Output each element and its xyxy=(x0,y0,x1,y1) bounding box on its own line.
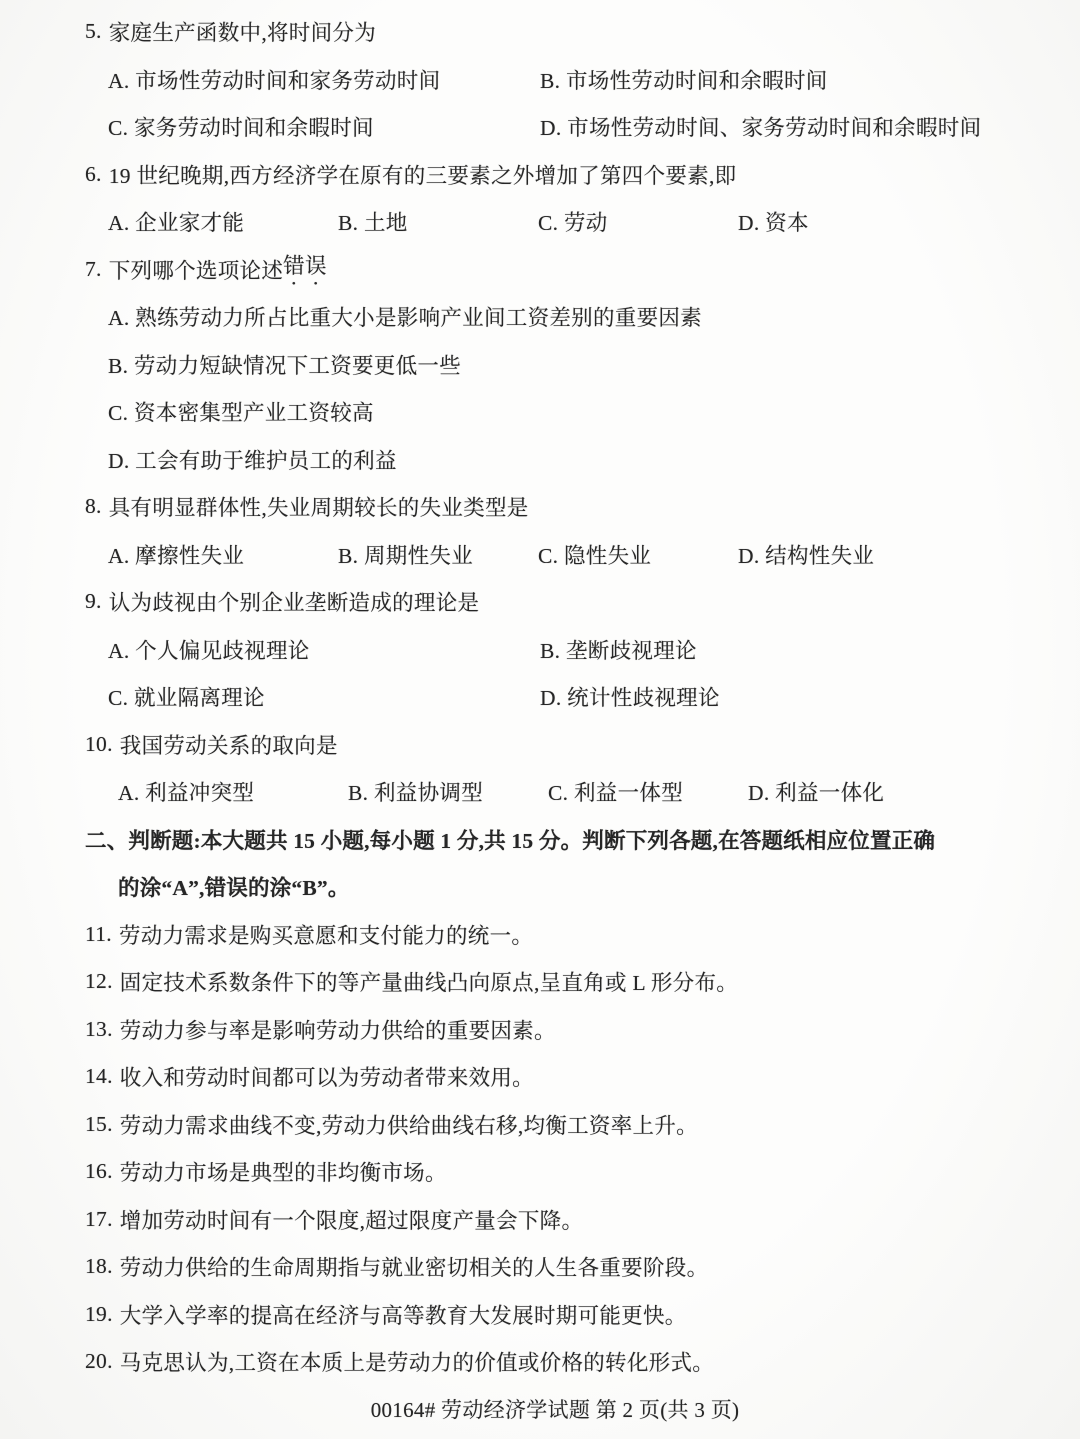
question-9: 9. 认为歧视由个别企业垄断造成的理论是 xyxy=(85,578,1025,626)
option-c: C. 家务劳动时间和余暇时间 xyxy=(108,111,540,142)
judgment-item-17: 17. 增加劳动时间有一个限度,超过限度产量会下降。 xyxy=(85,1196,1025,1244)
item-number: 17. xyxy=(85,1207,113,1232)
item-text: 固定技术系数条件下的等产量曲线凸向原点,呈直角或 L 形分布。 xyxy=(120,966,738,997)
judgment-section-header-line-2: 的涂“A”,错误的涂“B”。 xyxy=(85,863,1025,911)
option-b: B. 市场性劳动时间和余暇时间 xyxy=(540,64,828,95)
item-number: 13. xyxy=(85,1017,113,1042)
option-d: D. 利益一体化 xyxy=(748,776,884,807)
question-7: 7. 下列哪个选项论述 错误 xyxy=(85,246,1025,294)
item-number: 14. xyxy=(85,1064,113,1089)
judgment-item-12: 12. 固定技术系数条件下的等产量曲线凸向原点,呈直角或 L 形分布。 xyxy=(85,958,1025,1006)
option-c: C. 隐性失业 xyxy=(538,539,738,570)
option-b: B. 土地 xyxy=(338,206,538,237)
judgment-item-13: 13. 劳动力参与率是影响劳动力供给的重要因素。 xyxy=(85,1006,1025,1054)
question-6: 6. 19 世纪晚期,西方经济学在原有的三要素之外增加了第四个要素,即 xyxy=(85,151,1025,199)
option-a: A. 利益冲突型 xyxy=(118,776,348,807)
question-7-number: 7. xyxy=(85,257,102,282)
question-8-number: 8. xyxy=(85,494,102,519)
judgment-item-20: 20. 马克思认为,工资在本质上是劳动力的价值或价格的转化形式。 xyxy=(85,1338,1025,1386)
option-c: C. 就业隔离理论 xyxy=(108,681,540,712)
question-9-stem: 认为歧视由个别企业垄断造成的理论是 xyxy=(109,586,480,617)
item-text: 劳动力需求是购买意愿和支付能力的统一。 xyxy=(119,919,533,950)
section-header-text: 二、判断题:本大题共 15 小题,每小题 1 分,共 15 分。判断下列各题,在… xyxy=(85,824,935,855)
item-number: 20. xyxy=(85,1349,113,1374)
option-a: A. 企业家才能 xyxy=(108,206,338,237)
question-10-options-row: A. 利益冲突型 B. 利益协调型 C. 利益一体型 D. 利益一体化 xyxy=(85,768,1025,816)
question-9-options-row-1: A. 个人偏见歧视理论 B. 垄断歧视理论 xyxy=(85,626,1025,674)
question-10-stem: 我国劳动关系的取向是 xyxy=(120,729,338,760)
item-number: 12. xyxy=(85,969,113,994)
question-10-number: 10. xyxy=(85,732,113,757)
item-number: 15. xyxy=(85,1112,113,1137)
question-6-stem: 19 世纪晚期,西方经济学在原有的三要素之外增加了第四个要素,即 xyxy=(109,159,737,190)
item-text: 劳动力参与率是影响劳动力供给的重要因素。 xyxy=(120,1014,556,1045)
exam-page: 5. 家庭生产函数中,将时间分为 A. 市场性劳动时间和家务劳动时间 B. 市场… xyxy=(0,0,1080,1439)
option-a: A. 个人偏见歧视理论 xyxy=(108,634,540,665)
option-d: D. 资本 xyxy=(738,206,809,237)
question-7-option-c-row: C. 资本密集型产业工资较高 xyxy=(85,388,1025,436)
question-5-options-row-1: A. 市场性劳动时间和家务劳动时间 B. 市场性劳动时间和余暇时间 xyxy=(85,56,1025,104)
option-c: C. 资本密集型产业工资较高 xyxy=(108,396,374,427)
question-8-stem: 具有明显群体性,失业周期较长的失业类型是 xyxy=(109,491,529,522)
item-text: 收入和劳动时间都可以为劳动者带来效用。 xyxy=(120,1061,534,1092)
item-text: 劳动力需求曲线不变,劳动力供给曲线右移,均衡工资率上升。 xyxy=(120,1109,698,1140)
option-d: D. 结构性失业 xyxy=(738,539,874,570)
page-footer: 00164# 劳动经济学试题 第 2 页(共 3 页) xyxy=(85,1386,1025,1434)
question-5-options-row-2: C. 家务劳动时间和余暇时间 D. 市场性劳动时间、家务劳动时间和余暇时间 xyxy=(85,103,1025,151)
option-a: A. 摩擦性失业 xyxy=(108,539,338,570)
judgment-item-11: 11. 劳动力需求是购买意愿和支付能力的统一。 xyxy=(85,911,1025,959)
item-number: 18. xyxy=(85,1254,113,1279)
judgment-item-18: 18. 劳动力供给的生命周期指与就业密切相关的人生各重要阶段。 xyxy=(85,1243,1025,1291)
item-text: 大学入学率的提高在经济与高等教育大发展时期可能更快。 xyxy=(120,1299,687,1330)
option-b: B. 劳动力短缺情况下工资要更低一些 xyxy=(108,349,461,380)
option-d: D. 统计性歧视理论 xyxy=(540,681,720,712)
question-7-stem: 下列哪个选项论述 xyxy=(109,254,283,285)
option-b: B. 利益协调型 xyxy=(348,776,548,807)
question-7-option-d-row: D. 工会有助于维护员工的利益 xyxy=(85,436,1025,484)
question-9-options-row-2: C. 就业隔离理论 D. 统计性歧视理论 xyxy=(85,673,1025,721)
item-number: 11. xyxy=(85,922,112,947)
item-number: 19. xyxy=(85,1302,113,1327)
question-6-options-row: A. 企业家才能 B. 土地 C. 劳动 D. 资本 xyxy=(85,198,1025,246)
question-10: 10. 我国劳动关系的取向是 xyxy=(85,721,1025,769)
option-a: A. 熟练劳动力所占比重大小是影响产业间工资差别的重要因素 xyxy=(108,301,702,332)
option-d: D. 市场性劳动时间、家务劳动时间和余暇时间 xyxy=(540,111,981,142)
item-text: 劳动力供给的生命周期指与就业密切相关的人生各重要阶段。 xyxy=(120,1251,709,1282)
option-a: A. 市场性劳动时间和家务劳动时间 xyxy=(108,64,540,95)
question-7-option-b-row: B. 劳动力短缺情况下工资要更低一些 xyxy=(85,341,1025,389)
judgment-item-14: 14. 收入和劳动时间都可以为劳动者带来效用。 xyxy=(85,1053,1025,1101)
option-c: C. 劳动 xyxy=(538,206,738,237)
question-9-number: 9. xyxy=(85,589,102,614)
footer-text: 00164# 劳动经济学试题 第 2 页(共 3 页) xyxy=(371,1394,740,1424)
question-8: 8. 具有明显群体性,失业周期较长的失业类型是 xyxy=(85,483,1025,531)
question-8-options-row: A. 摩擦性失业 B. 周期性失业 C. 隐性失业 D. 结构性失业 xyxy=(85,531,1025,579)
question-7-option-a-row: A. 熟练劳动力所占比重大小是影响产业间工资差别的重要因素 xyxy=(85,293,1025,341)
judgment-item-16: 16. 劳动力市场是典型的非均衡市场。 xyxy=(85,1148,1025,1196)
question-5-number: 5. xyxy=(85,19,102,44)
option-d: D. 工会有助于维护员工的利益 xyxy=(108,444,397,475)
question-5-stem: 家庭生产函数中,将时间分为 xyxy=(109,16,376,47)
question-7-stem-emphasis: 错误 xyxy=(283,249,327,290)
question-5: 5. 家庭生产函数中,将时间分为 xyxy=(85,8,1025,56)
judgment-item-15: 15. 劳动力需求曲线不变,劳动力供给曲线右移,均衡工资率上升。 xyxy=(85,1101,1025,1149)
section-header-text-continued: 的涂“A”,错误的涂“B”。 xyxy=(118,871,350,902)
option-c: C. 利益一体型 xyxy=(548,776,748,807)
option-b: B. 周期性失业 xyxy=(338,539,538,570)
item-text: 增加劳动时间有一个限度,超过限度产量会下降。 xyxy=(120,1204,583,1235)
item-text: 劳动力市场是典型的非均衡市场。 xyxy=(120,1156,447,1187)
option-b: B. 垄断歧视理论 xyxy=(540,634,697,665)
item-number: 16. xyxy=(85,1159,113,1184)
judgment-section-header-line-1: 二、判断题:本大题共 15 小题,每小题 1 分,共 15 分。判断下列各题,在… xyxy=(85,816,1025,864)
judgment-item-19: 19. 大学入学率的提高在经济与高等教育大发展时期可能更快。 xyxy=(85,1291,1025,1339)
question-6-number: 6. xyxy=(85,162,102,187)
item-text: 马克思认为,工资在本质上是劳动力的价值或价格的转化形式。 xyxy=(120,1346,714,1377)
